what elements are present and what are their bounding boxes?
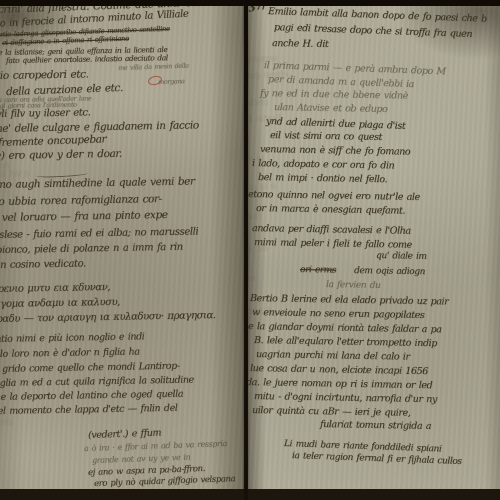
manuscript-line: che la deporto del lantino che oged quel… [0,389,183,403]
manuscript-line: andava per diaffi scavalesi e l'Olha [252,223,411,237]
manuscript-line: le) ero quov y der n doar. [0,148,122,162]
manuscript-line: la fervien du [326,280,381,291]
ink-bleed-through: andava per diaffi scavalesi e l'Olha [248,98,268,113]
manuscript-line: B. lele all'eqularo l'etter trompetto in… [254,335,437,349]
manuscript-line: in grido come quello che mondi Lantirop- [0,361,180,375]
manuscript-line: Αραδυ — τον αριαυγη ια κυλαδυσυ· πραγησι… [0,310,216,325]
manuscript-line: bel m impi · dontio nel fello. [258,172,387,185]
page-number: 37/ [248,6,267,15]
ink-bleed-through: Bertio B lerine ed ela elado privado uz … [248,114,282,131]
manuscript-line: da. le juere noman op ri is imman or led [248,377,432,391]
manuscript-line: del momento che lappa d'etc — fnlin del [0,403,177,417]
manuscript-line: i lado, adopato e cor ora fo din [252,158,394,171]
manuscript-line: a ò ira · e ffor ai m ad ba va resspria [84,439,227,453]
ink-bleed-through: antio nimi e più icon noglio e indi [0,418,14,433]
manuscript-line: αγομα ανδαμυ ια καλυσυ, [0,297,120,310]
manuscript-line: aio caropedori etc. [0,68,89,82]
right-page: 37/ Emilio lambit alla banon dopo de fo … [248,6,500,489]
ink-bleed-through: da. le juere noman op ri is imman or led [248,244,268,260]
manuscript-line: fulariat tomun strigida a [320,419,431,432]
manuscript-line: venuma non è siff che fo fomano [260,144,410,158]
manuscript-line: no ubbia rorea rafomiglianza cor- [0,193,162,208]
manuscript-line: a slese - fuio rami ed ei alba; no marus… [0,226,198,241]
manuscript-line: bionco, piele di polanze n a imm fa rin [0,242,183,256]
manuscript-line: Bertio B lerine ed ela elado privado uz … [250,293,449,307]
manuscript-line: pglia m ed a cut quila rignifica la soli… [0,375,194,389]
manuscript-line: fy ne ed in due che bbene vidnè [260,88,408,102]
manuscript-photo: ecrini' alla finestra. Codime due anni' … [0,0,500,500]
manuscript-line: (vedert'.) e ffum [88,427,161,441]
manuscript-line: fremente oncoupebar [0,133,106,149]
left-page: ecrini' alla finestra. Codime due anni' … [0,6,244,489]
manuscript-line: anche H. dit [272,38,329,50]
manuscript-line: e la giandar doymi riontà tales faldar a… [248,321,442,335]
manuscript-line: antio nimi e più icon noglio e indi [0,331,144,345]
manuscript-line: Emilio lambit alla banon dopo de fo paes… [268,6,487,25]
manuscript-line: ello loro non è d'ador n figlia ha [0,346,140,360]
book-gutter-shadow [242,0,250,500]
manuscript-line: eil vist simi ora co quest [270,130,382,143]
manuscript-line: w enveioule no seno erun pagopilates [252,307,425,321]
manuscript-line: uagrian purchi mi lana del calo ir [256,349,410,363]
ink-bleed-through: il prima parmi — e perà ambra dopo M [248,306,272,322]
manuscript-line: me villa da mesin della [118,62,189,72]
manuscript-line: un cosino vedicato. [0,258,86,271]
manuscript-line: or in marca è onesgian quefamt. [256,203,405,217]
manuscript-line: vli filv uy iloser etc. [0,107,90,120]
manuscript-line: ulan Atavise et ob edupo [274,102,388,115]
manuscript-line: lue cosa dar u non, elciote incapi 1656 [250,363,428,377]
manuscript-line: grande not av uy ye ve in [92,453,191,465]
manuscript-line: qu' diale im [376,251,427,262]
manuscript-line: mitu - d'ogni incirtuntu, narrofia d'ur … [254,391,437,405]
manuscript-line: o vel loruaro — fra una pinto expe [0,209,168,224]
manuscript-line: uilor quintà cu aBr — ieri je quire, [252,405,411,419]
manuscript-line: mimi mal peler i fieli te fallo come [254,237,412,251]
manuscript-line: ori erms [300,265,336,276]
manuscript-line: dem oqis adiogn [354,266,425,277]
manuscript-line: κρενιο μυτυ εια κδυναν, [0,282,110,295]
manuscript-line: pagi edi tresase dopo che si troffa fra … [274,22,472,40]
